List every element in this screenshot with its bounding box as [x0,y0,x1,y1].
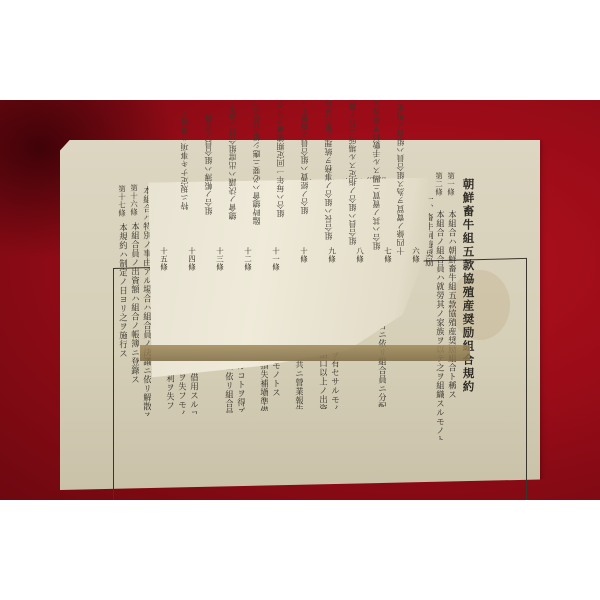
curled-article-label: 十四條 [188,247,196,271]
document-photo: 朝鮮畜牛組五款協殖産奨励組合規約第一條本組合ハ朝鮮畜牛組五款協殖産奨励組合ト稱ス… [0,100,600,500]
curled-article-label: 十二條 [244,247,252,271]
curled-sheet-column: 組合ノ帳簿ハ組合員ノ閲覧ニ供ス [203,109,214,215]
article-number: 第十六條 [130,184,138,216]
article-text: 本組合ノ組合員ハ就勞其ノ家族ヲ以テ之ヲ組織スルモノトス [435,210,444,440]
curled-sheet-column: 組合ハ其ノ賣買ニ關スル手數料ヲ徵收スルコトヲ得 [371,100,382,250]
article-text: 本規約ハ制定ノ日ヨリ之ヲ施行ス [118,223,127,358]
curled-sheet-column: 特ニ規定ナキ事項ハ總會ノ決議ニ依ル [179,112,190,210]
curled-article-label: 七條 [384,247,392,263]
curled-sheet-column: 組合ハ毎年一回定期總會ヲ開ク [275,100,286,218]
document-title: 朝鮮畜牛組五款協殖産奨励組合規約 [462,178,474,394]
curled-article-label: 十條 [300,247,308,263]
curled-article-label: 十三條 [216,247,224,271]
article-text: 本組合員ノ出資額ハ組合ノ帳簿ニ登錄ス [130,222,139,384]
article-number: 第一條 [447,172,455,196]
curled-sheet-column: 組合長ハ組合ノ事務ヲ統理シ組合ヲ代表ス [323,100,334,240]
curled-article-label: 十五條 [160,247,168,271]
curled-article-label: 六條 [412,247,420,263]
curled-sheet-edge-band [140,345,470,361]
curled-sheet-column: 組合員ハ組合ノ指定スル場所ニ於テ賣買ヲ為スモノトス [347,100,358,245]
curled-article-label: 九條 [328,247,336,263]
article-number: 第十七條 [118,185,126,217]
article-number: 第二條 [435,172,443,196]
curled-sheet-column: 臨時總會ハ必要ニ應シ組合長之ヲ招集ス [251,103,262,225]
curled-sheet-column: 總會ノ決議ハ出席組合員ノ過半數ヲ以テ之ヲ決ス [227,106,238,220]
curled-article-label: 十一條 [272,247,280,271]
article-text: 本組合ハ朝鮮畜牛組五款協殖産奨励組合ト稱ス [447,210,456,399]
curled-article-label: 八條 [356,247,364,263]
curled-sheet-column: 組合ノ經費ハ組合員ノ負擔トス [299,100,310,215]
curled-sheet-column: 十四條ノ賣買ヲ為ス組合員ハ組合ノ規定ニ從フ [395,100,406,255]
